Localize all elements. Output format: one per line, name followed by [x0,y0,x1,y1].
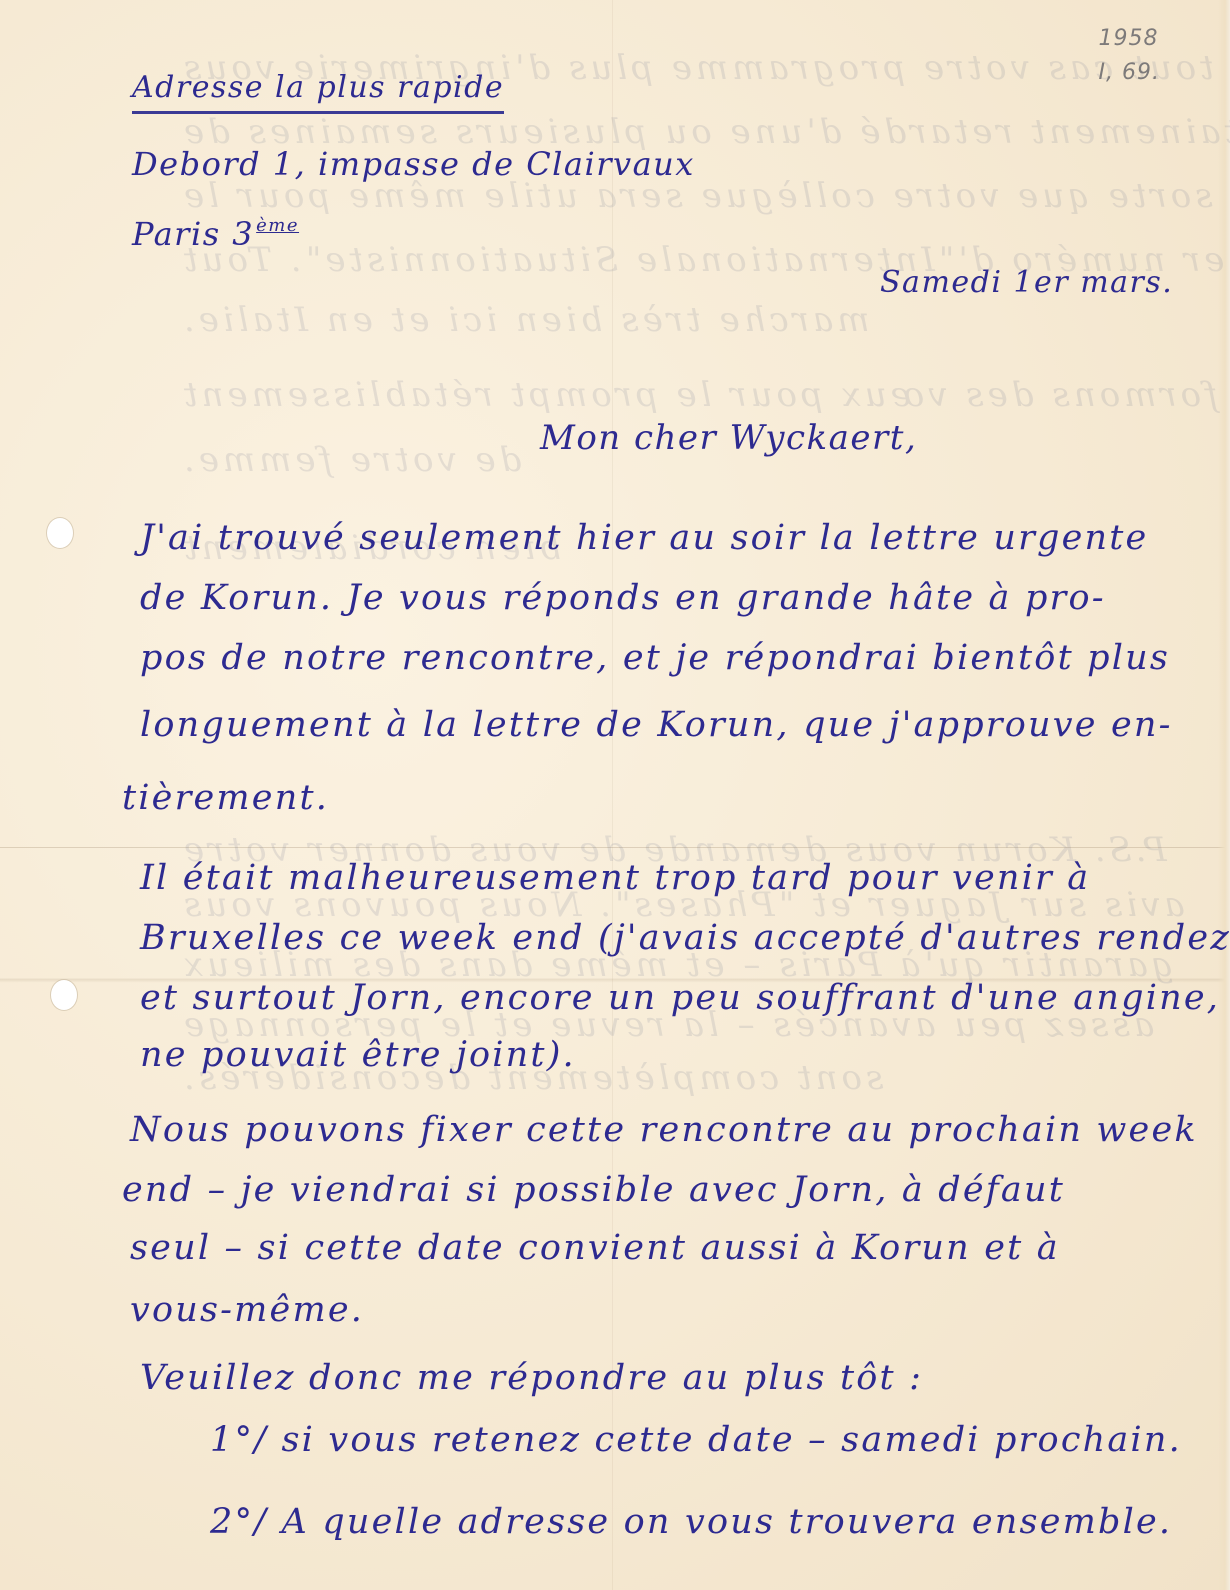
archive-pencil-note: 1958 I, 69. [1099,22,1160,90]
address-title: Adresse la plus rapide [132,70,504,114]
address-line-city: Paris 3ème [132,215,299,253]
bleed-line: marche très bien ici et en Italie. [180,300,869,340]
salutation: Mon cher Wyckaert, [540,418,917,458]
body-line: de Korun. Je vous réponds en grande hâte… [140,578,1106,618]
body-line: Bruxelles ce week end (j'avais accepté d… [140,918,1230,958]
archive-reference: I, 69. [1099,56,1160,90]
punch-hole-upper [47,518,73,548]
body-line: J'ai trouvé seulement hier au soir la le… [140,518,1148,558]
arrondissement-suffix: ème [256,215,299,236]
letter-date: Samedi 1er mars. [880,265,1173,300]
body-line: ne pouvait être joint). [140,1035,576,1075]
body-line: Veuillez donc me répondre au plus tôt : [140,1358,923,1398]
bleed-line: de votre femme. [180,440,521,480]
body-line: end – je viendrai si possible avec Jorn,… [122,1170,1065,1210]
body-line: vous-même. [130,1290,364,1330]
body-line: et surtout Jorn, encore un peu souffrant… [140,978,1220,1018]
horizontal-fold-crease [0,847,1230,848]
list-item-1: 1°/ si vous retenez cette date – samedi … [210,1420,1182,1460]
body-line: seul – si cette date convient aussi à Ko… [130,1228,1060,1268]
paper-edge-shadow [1218,0,1230,1590]
body-line: pos de notre rencontre, et je répondrai … [140,638,1170,678]
punch-hole-lower [51,980,77,1010]
address-city: Paris 3 [132,215,254,253]
address-line-street: Debord 1, impasse de Clairvaux [132,145,695,183]
archive-year: 1958 [1099,22,1160,56]
vertical-fold-crease [612,0,613,1590]
body-line: longuement à la lettre de Korun, que j'a… [140,705,1173,745]
list-item-2: 2°/ A quelle adresse on vous trouvera en… [210,1502,1172,1542]
body-line: tièrement. [122,778,329,818]
body-line: Nous pouvons fixer cette rencontre au pr… [130,1110,1198,1150]
bleed-line: Nous formons des vœux pour le prompt rét… [180,375,1230,415]
letter-page: En tout cas votre programme plus d'ingri… [0,0,1230,1590]
body-line: Il était malheureusement trop tard pour … [140,858,1090,898]
